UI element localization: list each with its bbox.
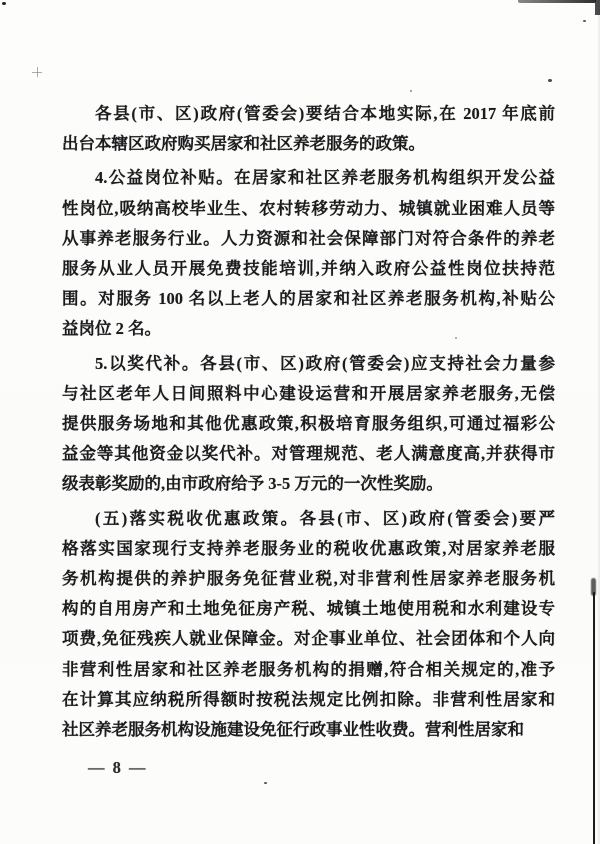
- text-line: 构的自用房产和土地免征房产税、城镇土地使用税和水利建设专: [62, 594, 555, 624]
- text-line: 4.公益岗位补贴。在居家和社区养老服务机构组织开发公益: [62, 163, 555, 193]
- scanned-document-page: 各县(市、区)政府(管委会)要结合本地实际,在 2017 年底前 出台本辖区政府…: [0, 0, 600, 844]
- text-line: 益金等其他资金以奖代补。对管理规范、老人满意度高,并获得市: [62, 439, 555, 469]
- scan-edge-shadow: [595, 0, 600, 15]
- text-line: 益岗位 2 名。: [62, 314, 555, 344]
- paragraph: (五)落实税收优惠政策。各县(市、区)政府(管委会)要严 格落实国家现行支持养老…: [62, 504, 555, 746]
- scan-speck: [583, 20, 586, 22]
- text-line: 与社区老年人日间照料中心建设运营和开展居家养老服务,无偿: [62, 379, 555, 409]
- text-line: 各县(市、区)政府(管委会)要结合本地实际,在 2017 年底前: [62, 99, 555, 129]
- text-line: 级表彰奖励的,由市政府给予 3-5 万元的一次性奖励。: [62, 469, 555, 499]
- page-number: — 8 —: [88, 758, 148, 778]
- text-line: 在计算其应纳税所得额时按税法规定比例扣除。非营利性居家和: [62, 685, 555, 715]
- text-line: 非营利性居家和社区养老服务机构的捐赠,符合相关规定的,准予: [62, 655, 555, 685]
- text-line: 服务从业人员开展免费技能培训,并纳入政府公益性岗位扶持范: [62, 254, 555, 284]
- text-line: 格落实国家现行支持养老服务业的税收优惠政策,对居家养老服: [62, 534, 555, 564]
- paragraph: 5.以奖代补。各县(市、区)政府(管委会)应支持社会力量参 与社区老年人日间照料…: [62, 349, 555, 500]
- scan-speck: [264, 782, 267, 784]
- text-line: (五)落实税收优惠政策。各县(市、区)政府(管委会)要严: [62, 504, 555, 534]
- text-line: 提供服务场地和其他优惠政策,积极培育服务组织,可通过福彩公: [62, 409, 555, 439]
- scan-speck: [548, 79, 552, 82]
- scan-edge-shadow: [593, 592, 596, 844]
- text-line: 出台本辖区政府购买居家和社区养老服务的政策。: [62, 129, 555, 159]
- scan-speck: [455, 337, 457, 339]
- paragraph: 4.公益岗位补贴。在居家和社区养老服务机构组织开发公益 性岗位,吸纳高校毕业生、…: [62, 163, 555, 344]
- text-line: 项费,免征残疾人就业保障金。对企事业单位、社会团体和个人向: [62, 624, 555, 654]
- text-line: 围。对服务 100 名以上老人的居家和社区养老服务机构,补贴公: [62, 284, 555, 314]
- document-body: 各县(市、区)政府(管委会)要结合本地实际,在 2017 年底前 出台本辖区政府…: [62, 99, 555, 745]
- scan-speck: [2, 2, 6, 5]
- scan-edge-shadow: [518, 0, 596, 3]
- paragraph: 各县(市、区)政府(管委会)要结合本地实际,在 2017 年底前 出台本辖区政府…: [62, 99, 555, 159]
- text-line: 性岗位,吸纳高校毕业生、农村转移劳动力、城镇就业困难人员等: [62, 194, 555, 224]
- scan-speck: [134, 228, 136, 230]
- text-line: 5.以奖代补。各县(市、区)政府(管委会)应支持社会力量参: [62, 349, 555, 379]
- text-line: 社区养老服务机构设施建设免征行政事业性收费。营利性居家和: [62, 715, 555, 745]
- text-line: 务机构提供的养护服务免征营业税,对非营利性居家养老服务机: [62, 564, 555, 594]
- scan-speck: [410, 90, 412, 92]
- scan-registration-mark: [32, 67, 42, 77]
- scan-speck: [368, 136, 370, 138]
